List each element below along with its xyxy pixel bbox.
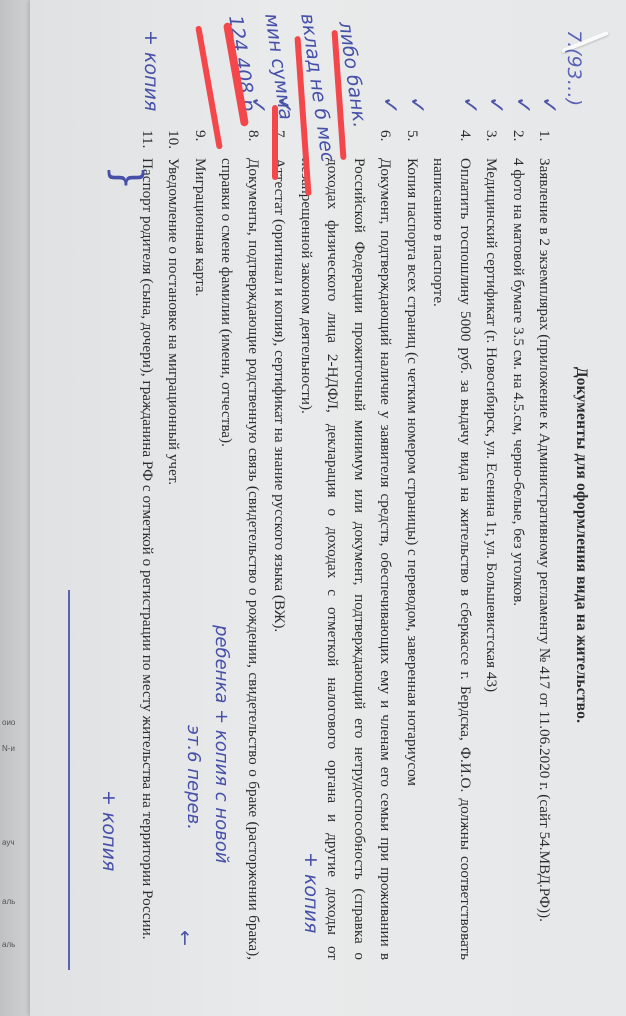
checkmark-icon: ✓ [376,96,403,114]
item-text: 4 фото на матовой бумаге 3.5 см. на 4.5.… [510,158,527,606]
item-number: 10. [160,130,187,149]
item-number: 2. [505,130,532,141]
edge-fragment: оио [2,718,15,727]
item-number: 11. [134,130,161,148]
adjacent-page-edge: оио N-и ауч аль аль [0,0,34,1016]
item-text: Уведомление о постановке на миграционный… [166,158,183,485]
handwritten-copy-note-9-10: + копия [140,30,162,111]
item-number: 8. [240,130,267,141]
handwritten-divider-line [68,590,70,970]
item-number: 1. [531,130,558,141]
item-text: Медицинский сертификат (г. Новосибирск, … [484,158,501,692]
checkmark-icon: ✓ [509,96,536,114]
item-text: Заявление в 2 экземплярах (приложение к … [537,158,554,922]
item-text: Миграционная карта. [192,158,209,296]
handwritten-copy-note-8a: ребенка + копия с новой [211,625,232,864]
handwritten-copy-note-8b: эт.6 перев. [183,725,204,830]
item-number: 9. [187,130,214,141]
item-text: Документ, подтверждающий наличие у заяви… [298,158,395,960]
checkmark-icon: ✓ [403,96,430,114]
checkmark-icon: ✓ [456,96,483,114]
list-item: 4.Оплатить госпошлину 5000 руб. за выдач… [425,130,478,960]
list-item: 3.Медицинский сертификат (г. Новосибирск… [478,130,505,960]
requirements-list: 1.Заявление в 2 экземплярах (приложение … [134,130,558,960]
list-item: 7.Аттестат (оригинал и копия), сертифика… [266,130,293,960]
handwritten-copy-note-11: + копия [98,790,120,871]
item-number: 3. [478,130,505,141]
item-text: Оплатить госпошлину 5000 руб. за выдачу … [431,158,475,960]
list-item: 11.Паспорт родителя (сына, дочери), граж… [134,130,161,960]
item-text: Копия паспорта всех страниц (с четким но… [404,158,421,786]
list-item: 9.Миграционная карта. [187,130,214,960]
list-item: 2.4 фото на матовой бумаге 3.5 см. на 4.… [505,130,532,960]
item-number: 7. [266,130,293,141]
list-item: 5.Копия паспорта всех страниц (с четким … [399,130,426,960]
list-item: 6.Документ, подтверждающий наличие у зая… [293,130,399,960]
handwritten-copy-note-7: + копия [300,852,322,933]
list-item: 10.Уведомление о постановке на миграцион… [160,130,187,960]
edge-fragment: ауч [2,838,15,847]
item-number: 5. [399,130,426,141]
edge-fragment: N-и [2,744,15,753]
document-title: Документы для оформления вида на жительс… [568,130,595,960]
item-number: 4. [452,130,479,141]
edge-fragment: аль [2,940,15,949]
red-marker-stroke [272,105,278,180]
checkmark-icon: ✓ [482,96,509,114]
handwritten-top-number: 7.(93…) [563,30,585,106]
item-text: Аттестат (оригинал и копия), сертификат … [272,158,289,632]
handwritten-brace: } [104,165,150,190]
list-item: 1.Заявление в 2 экземплярах (приложение … [531,130,558,960]
item-number: 6. [372,130,399,141]
checkmark-icon: ✓ [535,96,562,114]
item-text: Паспорт родителя (сына, дочери), граждан… [139,158,156,940]
edge-fragment: аль [2,897,15,906]
handwritten-arrow: ← [174,930,196,946]
